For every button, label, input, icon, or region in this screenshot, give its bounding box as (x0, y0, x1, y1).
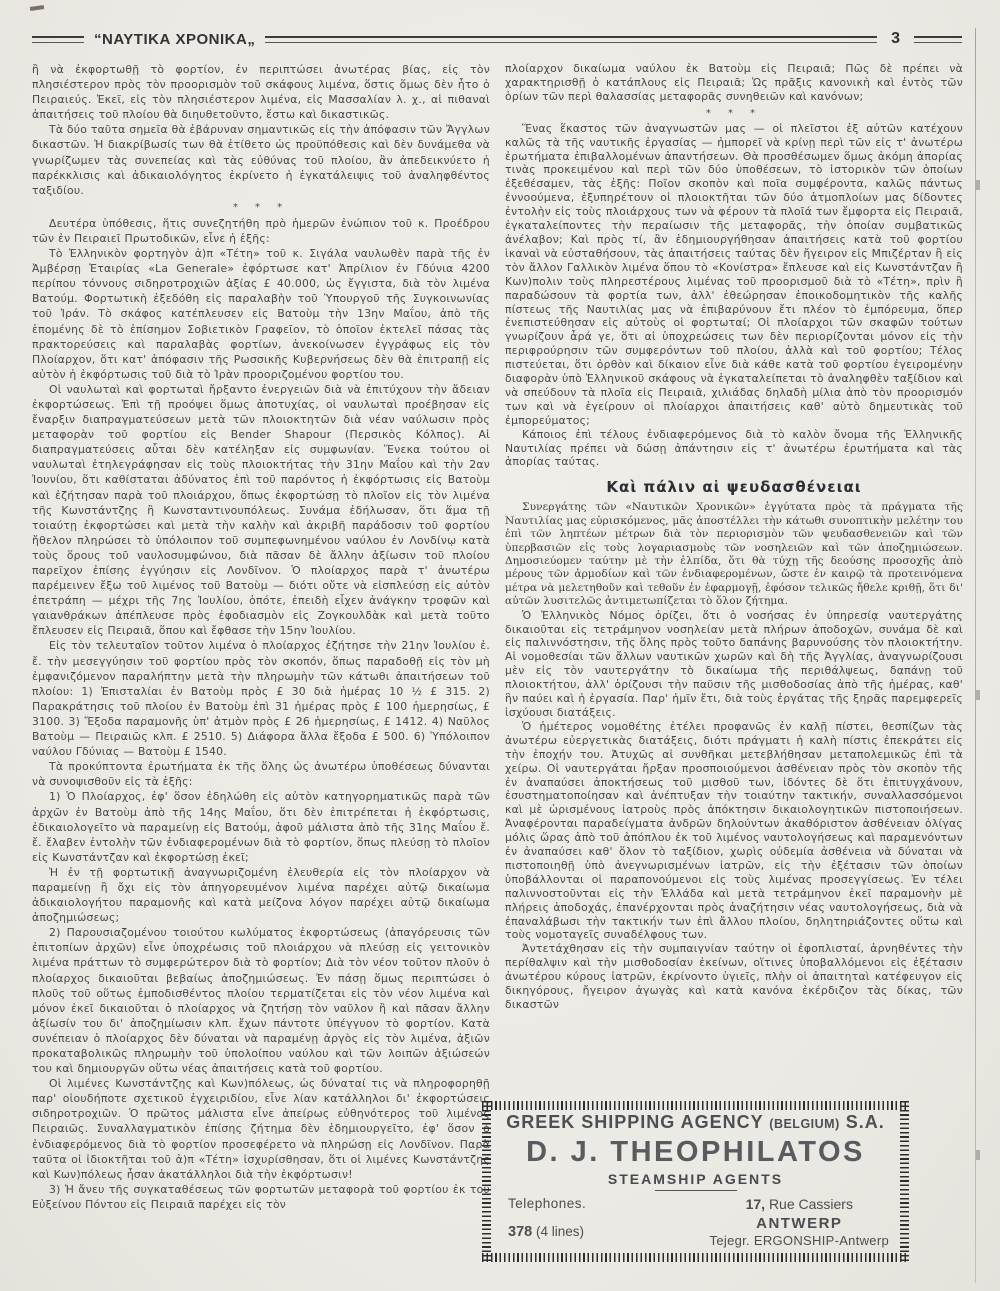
paragraph: Τὸ Ἑλληνικὸν φορτηγὸν ἀ)π «Τέτη» τοῦ κ. … (32, 246, 490, 382)
ad-border-bottom (482, 1253, 909, 1262)
paragraph: Ἕνας ἕκαστος τῶν ἀναγνωστῶν μας — οἱ πλε… (505, 122, 963, 428)
ad-subtitle-rule (655, 1190, 737, 1191)
ad-agency-country: (BELGIUM) (769, 1117, 839, 1131)
ad-content: GREEK SHIPPING AGENCY (BELGIUM) S.A. D. … (494, 1112, 897, 1252)
ad-telephones-block: Telephones. 378 (4 lines) (508, 1196, 586, 1248)
editor-intro-paragraph: Συνεργάτης τῶν «Ναυτικῶν Χρονικῶν» ἐγγύτ… (505, 501, 963, 608)
ad-address-number: 17, (746, 1196, 765, 1212)
article-heading: Καὶ πάλιν αἱ ψευδασθένειαι (505, 478, 963, 496)
scan-edge-mark (976, 1150, 980, 1160)
paragraph: Οἱ λιμένες Κωνστάντζης καὶ Κων)πόλεως, ὡ… (32, 1076, 490, 1182)
right-column: πλοίαρχον δικαίωμα ναύλου ἐκ Βατοὺμ εἰς … (505, 62, 963, 1100)
paragraph: Ὁ ἡμέτερος νομοθέτης ἐτέλει προφανῶς ἐν … (505, 720, 963, 943)
page-header: “ΝΑΥΤΙΚΑ ΧΡΟΝΙΚΑ„ 3 (32, 30, 962, 48)
section-separator: * * * (505, 108, 963, 119)
ad-border-right (900, 1101, 909, 1262)
paragraph: Τὰ προκύπτοντα ἐρωτήματα ἐκ τῆς ὅλης ὡς … (32, 759, 490, 789)
left-column: ἢ νὰ ἐκφορτωθῇ τὸ φορτίον, ἐν περιπτώσει… (32, 62, 490, 1288)
paragraph: πλοίαρχον δικαίωμα ναύλου ἐκ Βατοὺμ εἰς … (505, 62, 963, 104)
scan-corner-mark (30, 5, 44, 11)
ad-telephone-number-value: 378 (508, 1224, 532, 1240)
ad-address-street-name: Rue Cassiers (769, 1196, 853, 1212)
header-rule-right (914, 36, 962, 43)
ad-telephones-label: Telephones. (508, 1196, 586, 1211)
header-rule-left (32, 36, 84, 43)
ad-telephone-number-note: (4 lines) (536, 1224, 584, 1239)
section-separator: * * * (32, 202, 490, 213)
paragraph: 1) Ὁ Πλοίαρχος, ἐφ' ὅσον ἐδηλώθη εἰς αὐτ… (32, 789, 490, 864)
header-rule-center (265, 36, 877, 43)
scan-edge-mark (976, 690, 980, 700)
masthead-title: “ΝΑΥΤΙΚΑ ΧΡΟΝΙΚΑ„ (94, 31, 255, 48)
ad-agency-name: GREEK SHIPPING AGENCY (506, 1112, 763, 1132)
paragraph: Τὰ δύο ταῦτα σημεῖα θὰ ἐβάρυναν σημαντικ… (32, 122, 490, 197)
paragraph: Εἰς τὸν τελευταῖον τοῦτον λιμένα ὁ πλοία… (32, 638, 490, 759)
advertisement-theophilatos: GREEK SHIPPING AGENCY (BELGIUM) S.A. D. … (482, 1101, 909, 1262)
ad-border-top (482, 1101, 909, 1110)
ad-telegram-line: Tejegr. ERGONSHIP-Antwerp (710, 1233, 889, 1248)
page-number: 3 (887, 30, 904, 48)
ad-telephone-number: 378 (4 lines) (508, 1224, 586, 1240)
paragraph: Οἱ ναυλωταὶ καὶ φορτωταὶ ἤρξαντο ἐνεργει… (32, 382, 490, 639)
ad-agency-line: GREEK SHIPPING AGENCY (BELGIUM) S.A. (494, 1112, 897, 1133)
paragraph: Ἡ ἐν τῇ φορτωτικῇ ἀναγνωριζομένη ἐλευθερ… (32, 865, 490, 925)
ad-border-left (482, 1101, 491, 1262)
ad-company-name: D. J. THEOPHILATOS (494, 1136, 897, 1169)
paragraph: ἢ νὰ ἐκφορτωθῇ τὸ φορτίον, ἐν περιπτώσει… (32, 62, 490, 122)
ad-agency-suffix: S.A. (846, 1112, 885, 1132)
page-edge-line (975, 28, 977, 1283)
paragraph: Κάποιος ἐπὶ τέλους ἐνδιαφερόμενος διὰ τὸ… (505, 428, 963, 470)
paragraph: Δευτέρα ὑπόθεσις, ἥτις συνεζητήθη πρὸ ἡμ… (32, 216, 490, 246)
scan-edge-mark (976, 180, 980, 190)
paragraph: 2) Παρουσιαζομένου τοιούτου κωλύματος ἐκ… (32, 925, 490, 1076)
ad-address-street: 17, Rue Cassiers (710, 1196, 889, 1212)
paragraph: 3) Ἡ ἄνευ τῆς συγκαταθέσεως τῶν φορτωτῶν… (32, 1182, 490, 1212)
ad-contact-row: Telephones. 378 (4 lines) 17, Rue Cassie… (494, 1196, 897, 1248)
ad-subtitle: STEAMSHIP AGENTS (494, 1171, 897, 1187)
paragraph: Ἀντετάχθησαν εἰς τὴν συμπαιγνίαν ταύτην … (505, 942, 963, 1012)
magazine-page: “ΝΑΥΤΙΚΑ ΧΡΟΝΙΚΑ„ 3 ἢ νὰ ἐκφορτωθῇ τὸ φο… (0, 0, 1000, 1291)
ad-address-block: 17, Rue Cassiers ANTWERP Tejegr. ERGONSH… (710, 1196, 889, 1248)
ad-address-city: ANTWERP (710, 1215, 889, 1232)
paragraph: Ὁ Ἑλληνικὸς Νόμος ὁρίζει, ὅτι ὁ νοσήσας … (505, 609, 963, 720)
